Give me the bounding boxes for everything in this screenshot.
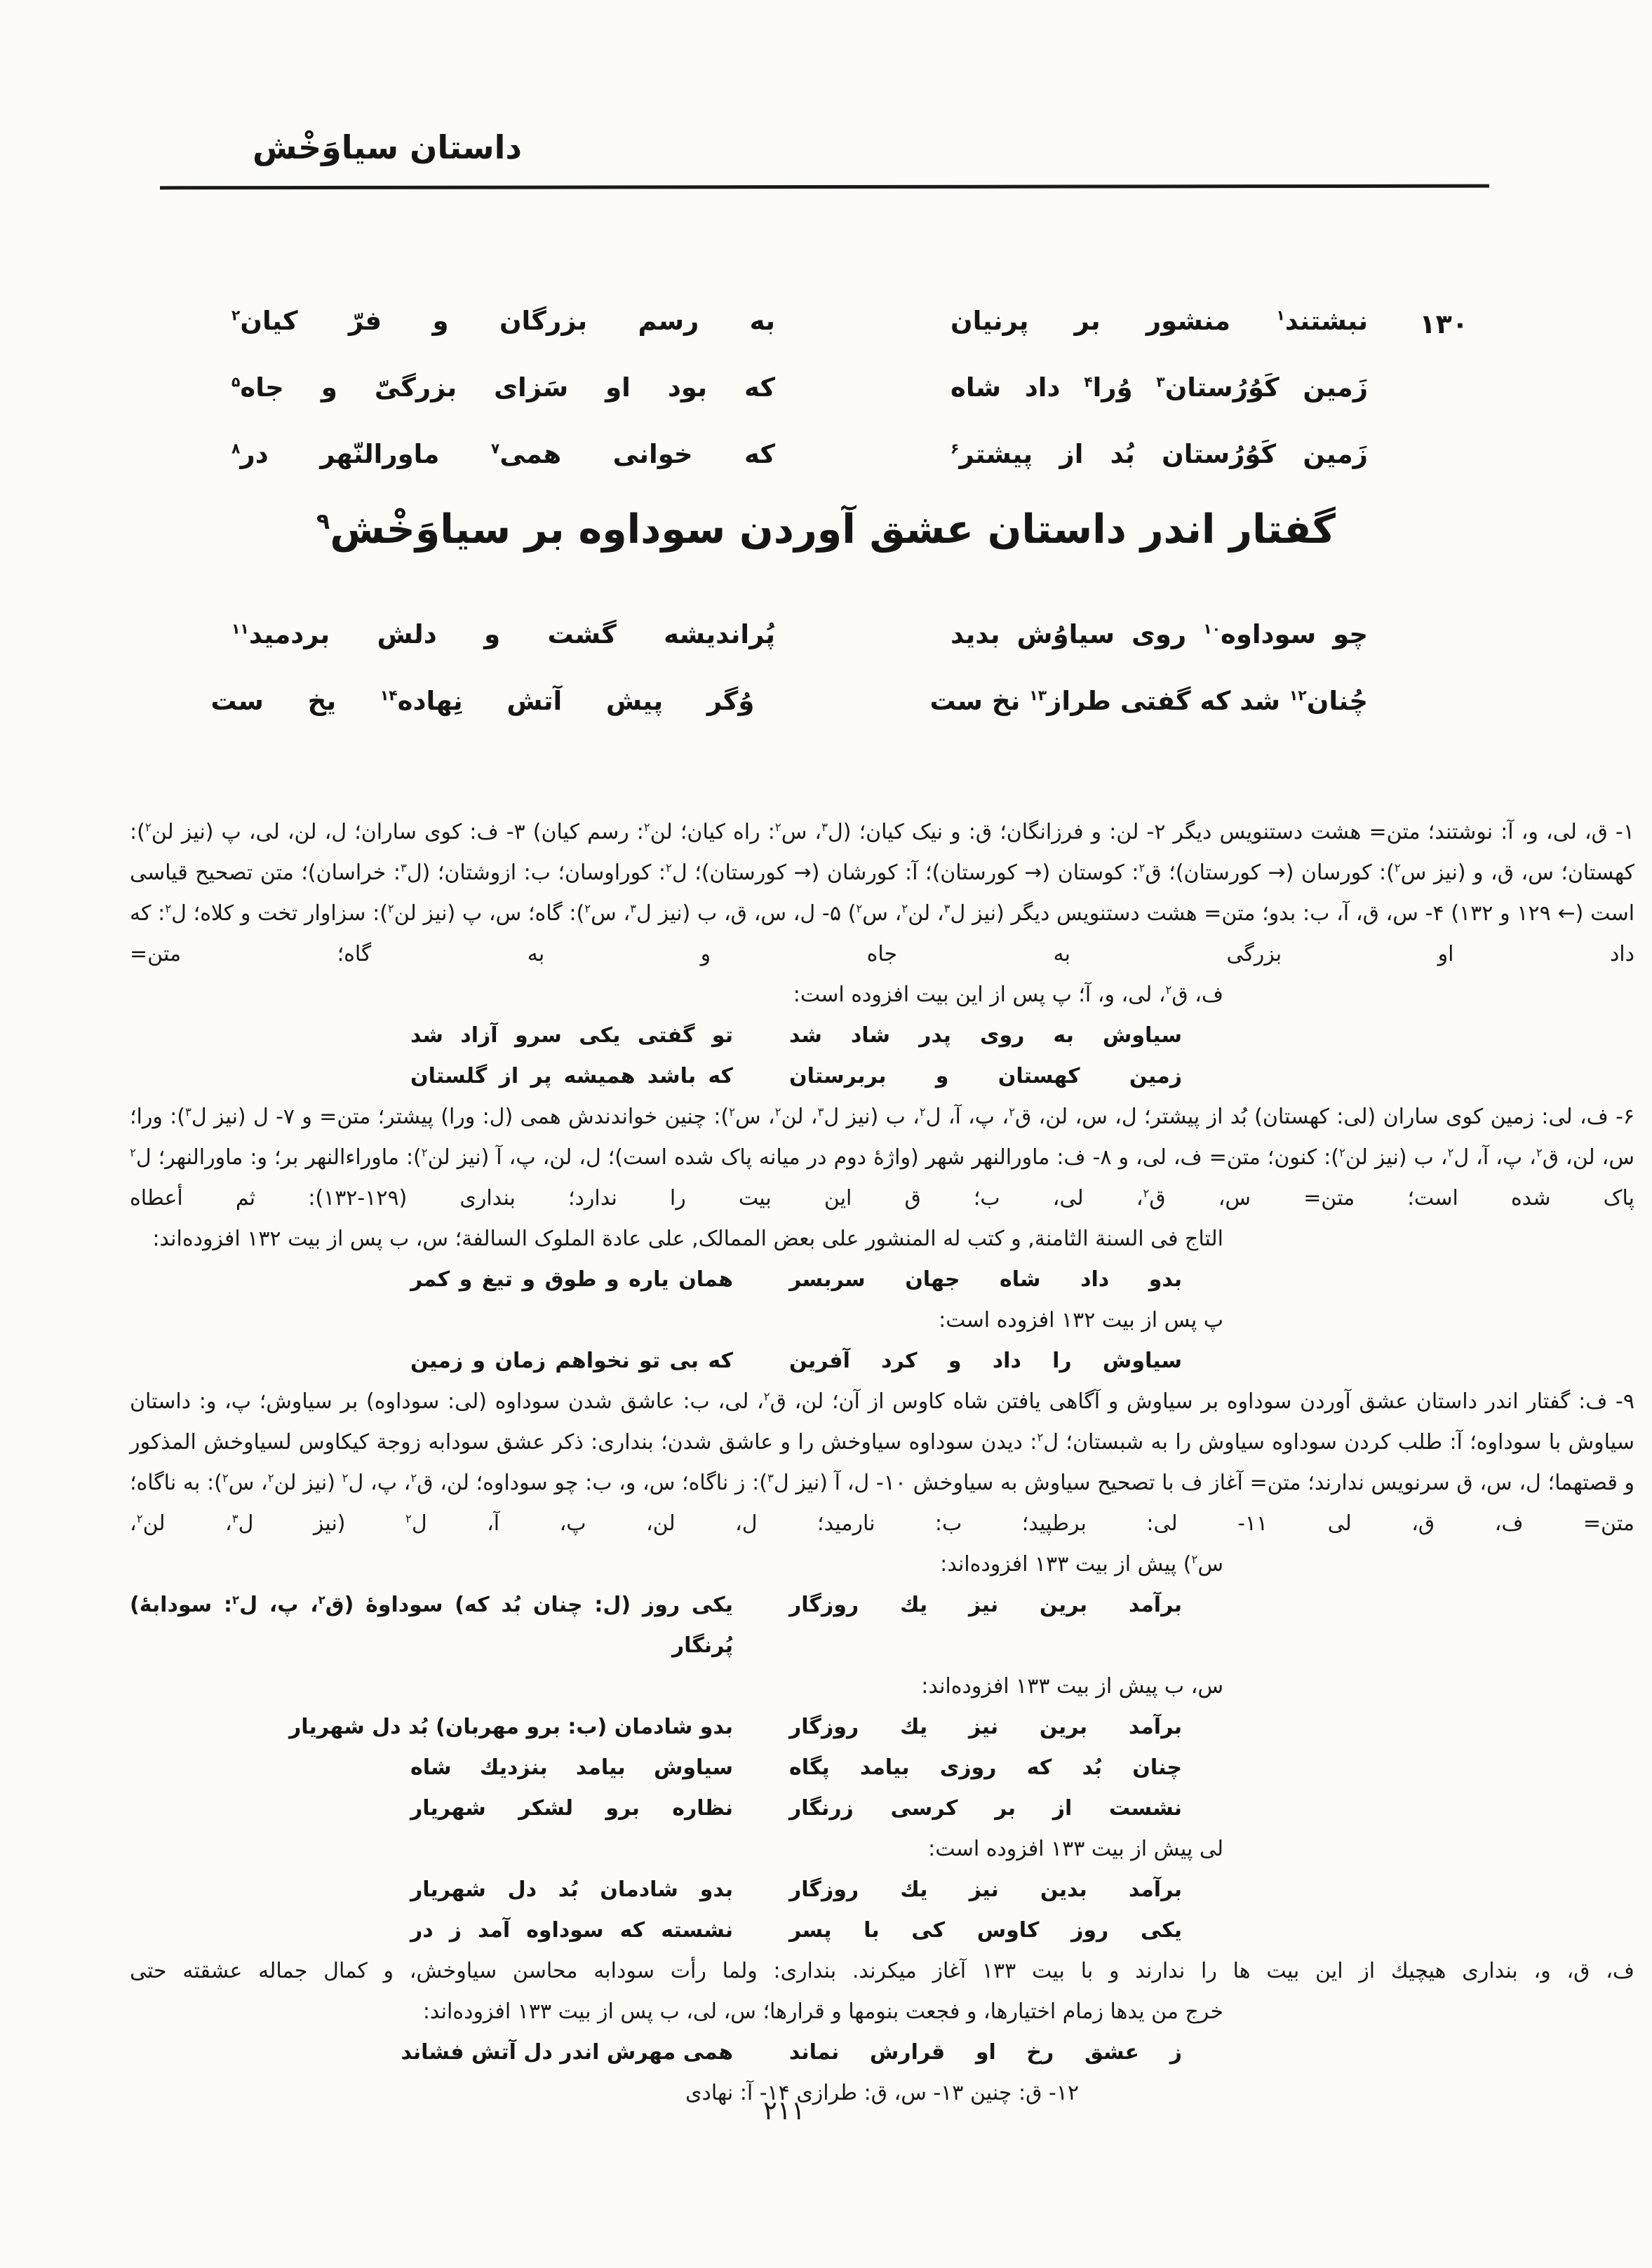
apparatus-hemistich-right: نشست از بر کرسی زرنگار (789, 1788, 1182, 1829)
hemistich-right: چُنان۱۲ شد که گفتی طراز۱۳ نخ ست (929, 686, 1368, 716)
hemistich-left: به رسم بزرگان و فرّ کیان۲ (231, 306, 775, 336)
apparatus-verse: چنان بُد که روزی بیامد پگاهسیاوش بیامد ب… (130, 1748, 1182, 1788)
page-number: ۲۱۱ (763, 2095, 805, 2126)
apparatus-hemistich-left: که باشد همیشه پر از گلستان (410, 1056, 733, 1097)
apparatus-conn: لی پیش از بیت ۱۳۳ افزوده است: (130, 1829, 1634, 1870)
apparatus-hemistich-left: یکی روز (ل: چنان بُد که) سوداوهٔ (ق۲، پ،… (130, 1585, 733, 1666)
book-page: داستان سیاوَخْش ۱۳۰ نبشتند۱ منشور بر پرن… (0, 0, 1652, 2268)
apparatus-hemistich-right: سیاوش را داد و کرد آفرین (789, 1341, 1182, 1382)
poem-line: چُنان۱۲ شد که گفتی طراز۱۳ نخ ستوُگر پیش … (210, 686, 1368, 716)
hemistich-right: نبشتند۱ منشور بر پرنیان (951, 306, 1368, 336)
apparatus-verse: زمین کهستان و بربرستانکه باشد همیشه پر ا… (130, 1056, 1182, 1097)
apparatus-hemistich-left: بدو شادمان بُد دل شهریار (410, 1870, 733, 1910)
poem-block-2: چو سوداوه۱۰ روی سیاوُش بدیدپُراندیشه گشت… (210, 619, 1368, 752)
apparatus-hemistich-right: چنان بُد که روزی بیامد پگاه (789, 1748, 1182, 1788)
apparatus-verse: ز عشق رخ او قرارش نماندهمی مهرش اندر دل … (130, 2032, 1182, 2073)
poem-line: نبشتند۱ منشور بر پرنیانبه رسم بزرگان و ف… (231, 306, 1368, 336)
hemistich-left: پُراندیشه گشت و دلش بردمید۱۱ (231, 619, 775, 649)
apparatus-hemistich-left: سیاوش بیامد بنزدیك شاه (410, 1748, 733, 1788)
apparatus-para: ۱- ق، لی، و، آ: نوشتند؛ متن= هشت دستنویس… (130, 812, 1634, 975)
apparatus-conn: خرج من یدها زمام اختیارها، و فجعت بنومها… (130, 1992, 1634, 2032)
verse-number: ۱۳۰ (1419, 309, 1468, 339)
apparatus-center: ۱۲- ق: چنین ۱۳- س، ق: طرازی ۱۴- آ: نهادی (130, 2073, 1634, 2114)
apparatus-para: ف، ق، و، بنداری هیچیك از این بیت ها را ن… (130, 1951, 1634, 1992)
apparatus-hemistich-left: تو گفتی یکی سرو آزاد شد (410, 1015, 733, 1056)
apparatus-hemistich-right: برآمد برین نیز یك روزگار (789, 1585, 1182, 1666)
apparatus-hemistich-left: بدو شادمان (ب: برو مهربان) بُد دل شهریار (289, 1707, 733, 1748)
hemistich-left: وُگر پیش آتش نِهاده۱۴ یخ ست (210, 686, 754, 716)
apparatus-verse: برآمد بدین نیز یك روزگاربدو شادمان بُد د… (130, 1870, 1182, 1910)
apparatus-verse: نشست از بر کرسی زرنگارنظاره برو لشکر شهر… (130, 1788, 1182, 1829)
apparatus-conn: ف، ق۲، لی، و، آ؛ پ پس از این بیت افزوده … (130, 975, 1634, 1015)
apparatus-verse: سیاوش به روی پدر شاد شدتو گفتی یکی سرو آ… (130, 1015, 1182, 1056)
apparatus-verse: یکی روز کاوس کی با پسرنشسته که سوداوه آم… (130, 1910, 1182, 1951)
apparatus-conn: پ پس از بیت ۱۳۲ افزوده است: (130, 1300, 1634, 1341)
hemistich-left: که خوانی همی۷ ماورالنّهر در۸ (231, 439, 775, 469)
apparatus-verse: برآمد برین نیز یك روزگاربدو شادمان (ب: ب… (130, 1707, 1182, 1748)
apparatus-hemistich-left: که بی تو نخواهم زمان و زمین (410, 1341, 733, 1382)
apparatus-para: ۹- ف: گفتار اندر داستان عشق آوردن سوداوه… (130, 1382, 1634, 1544)
apparatus-conn: التاج فی السنة الثامنة, و کتب له المنشور… (130, 1219, 1634, 1260)
critical-apparatus: ۱- ق، لی، و، آ: نوشتند؛ متن= هشت دستنویس… (130, 812, 1634, 2114)
apparatus-hemistich-left: نظاره برو لشکر شهریار (410, 1788, 733, 1829)
hemistich-right: زَمین کَوُرُستان۳ وُرا۴ داد شاه (951, 372, 1368, 403)
apparatus-hemistich-left: همان یاره و طوق و تیغ و کمر (410, 1260, 733, 1300)
poem-line: چو سوداوه۱۰ روی سیاوُش بدیدپُراندیشه گشت… (210, 619, 1368, 649)
section-heading: گفتار اندر داستان عشق آوردن سوداوه بر سی… (0, 506, 1652, 553)
poem-line: زَمین کَوُرُستان بُد از پیشتر۶که خوانی ه… (231, 439, 1368, 469)
apparatus-hemistich-right: برآمد بدین نیز یك روزگار (789, 1870, 1182, 1910)
apparatus-conn: س، ب پیش از بیت ۱۳۳ افزوده‌اند: (130, 1666, 1634, 1707)
apparatus-conn: س۲) پیش از بیت ۱۳۳ افزوده‌اند: (130, 1544, 1634, 1585)
poem-block-1: نبشتند۱ منشور بر پرنیانبه رسم بزرگان و ف… (231, 306, 1368, 506)
apparatus-verse: برآمد برین نیز یك روزگاریکی روز (ل: چنان… (130, 1585, 1182, 1666)
apparatus-hemistich-right: ز عشق رخ او قرارش نماند (789, 2032, 1182, 2073)
apparatus-hemistich-left: همی مهرش اندر دل آتش فشاند (401, 2032, 733, 2073)
apparatus-hemistich-right: زمین کهستان و بربرستان (789, 1056, 1182, 1097)
hemistich-right: زَمین کَوُرُستان بُد از پیشتر۶ (951, 439, 1368, 469)
apparatus-hemistich-left: نشسته که سوداوه آمد ز در (410, 1910, 733, 1951)
apparatus-para: ۶- ف، لی: زمین کوی ساران (لی: کهستان) بُ… (130, 1097, 1634, 1219)
poem-line: زَمین کَوُرُستان۳ وُرا۴ داد شاهکه بود او… (231, 372, 1368, 403)
hemistich-right: چو سوداوه۱۰ روی سیاوُش بدید (951, 619, 1368, 649)
running-head-title: داستان سیاوَخْش (253, 128, 522, 166)
apparatus-verse: سیاوش را داد و کرد آفرینکه بی تو نخواهم … (130, 1341, 1182, 1382)
header-rule-divider (160, 184, 1489, 190)
hemistich-left: که بود او سَزای بزرگیّ و جاه۵ (231, 372, 775, 403)
apparatus-hemistich-right: سیاوش به روی پدر شاد شد (789, 1015, 1182, 1056)
apparatus-hemistich-right: برآمد برین نیز یك روزگار (789, 1707, 1182, 1748)
apparatus-verse: بدو داد شاه جهان سربسرهمان یاره و طوق و … (130, 1260, 1182, 1300)
apparatus-hemistich-right: بدو داد شاه جهان سربسر (789, 1260, 1182, 1300)
apparatus-hemistich-right: یکی روز کاوس کی با پسر (789, 1910, 1182, 1951)
